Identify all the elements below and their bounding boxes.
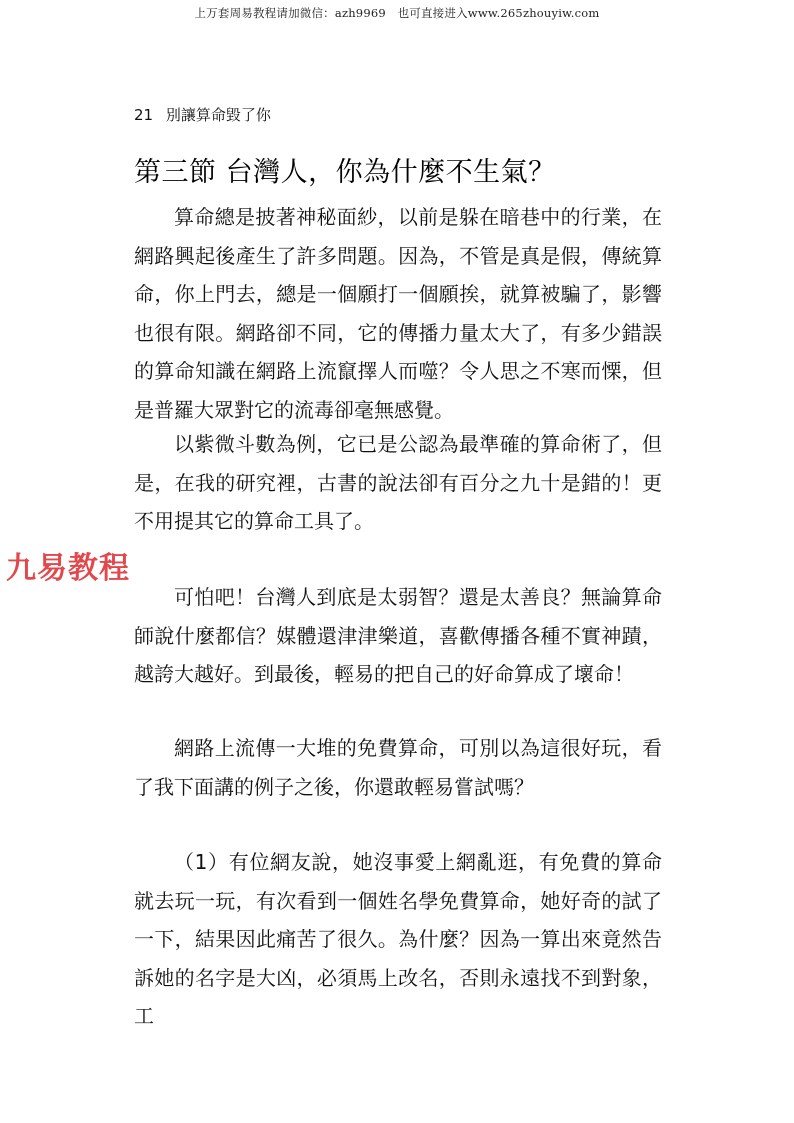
paragraph-text: 網路上流傳一大堆的免費算命，可別以為這很好玩，看了我下面講的例子之後，你還敢輕易… xyxy=(134,729,662,806)
paragraph-text: （1）有位網友說，她沒事愛上網亂逛，有免費的算命就去玩一玩，有次看到一個姓名學免… xyxy=(134,843,662,1036)
book-title: 別讓算命毀了你 xyxy=(166,106,271,124)
paragraph-text: 可怕吧！台灣人到底是太弱智？還是太善良？無論算命師說什麼都信？媒體還津津樂道，喜… xyxy=(134,578,662,694)
paragraph-5: （1）有位網友說，她沒事愛上網亂逛，有免費的算命就去玩一玩，有次看到一個姓名學免… xyxy=(134,843,662,1036)
watermark-logo: 九易教程 xyxy=(6,543,130,587)
paragraph-3: 可怕吧！台灣人到底是太弱智？還是太善良？無論算命師說什麼都信？媒體還津津樂道，喜… xyxy=(134,578,662,694)
paragraph-4: 網路上流傳一大堆的免費算命，可別以為這很好玩，看了我下面講的例子之後，你還敢輕易… xyxy=(134,729,662,806)
running-header: 21 別讓算命毀了你 xyxy=(134,104,271,125)
promo-banner: 上万套周易教程请加微信：azh9969 也可直接进入www.265zhouyiw… xyxy=(0,5,794,21)
paragraph-2: 以紫微斗數為例，它已是公認為最準確的算命術了，但是，在我的研究裡，古書的說法卻有… xyxy=(134,425,662,541)
section-title: 第三節 台灣人，你為什麼不生氣？ xyxy=(134,150,556,189)
paragraph-text: 以紫微斗數為例，它已是公認為最準確的算命術了，但是，在我的研究裡，古書的說法卻有… xyxy=(134,425,662,541)
paragraph-text: 算命總是披著神秘面紗，以前是躲在暗巷中的行業，在網路興起後產生了許多問題。因為，… xyxy=(134,198,662,429)
paragraph-1: 算命總是披著神秘面紗，以前是躲在暗巷中的行業，在網路興起後產生了許多問題。因為，… xyxy=(134,198,662,429)
page-number: 21 xyxy=(134,106,153,124)
